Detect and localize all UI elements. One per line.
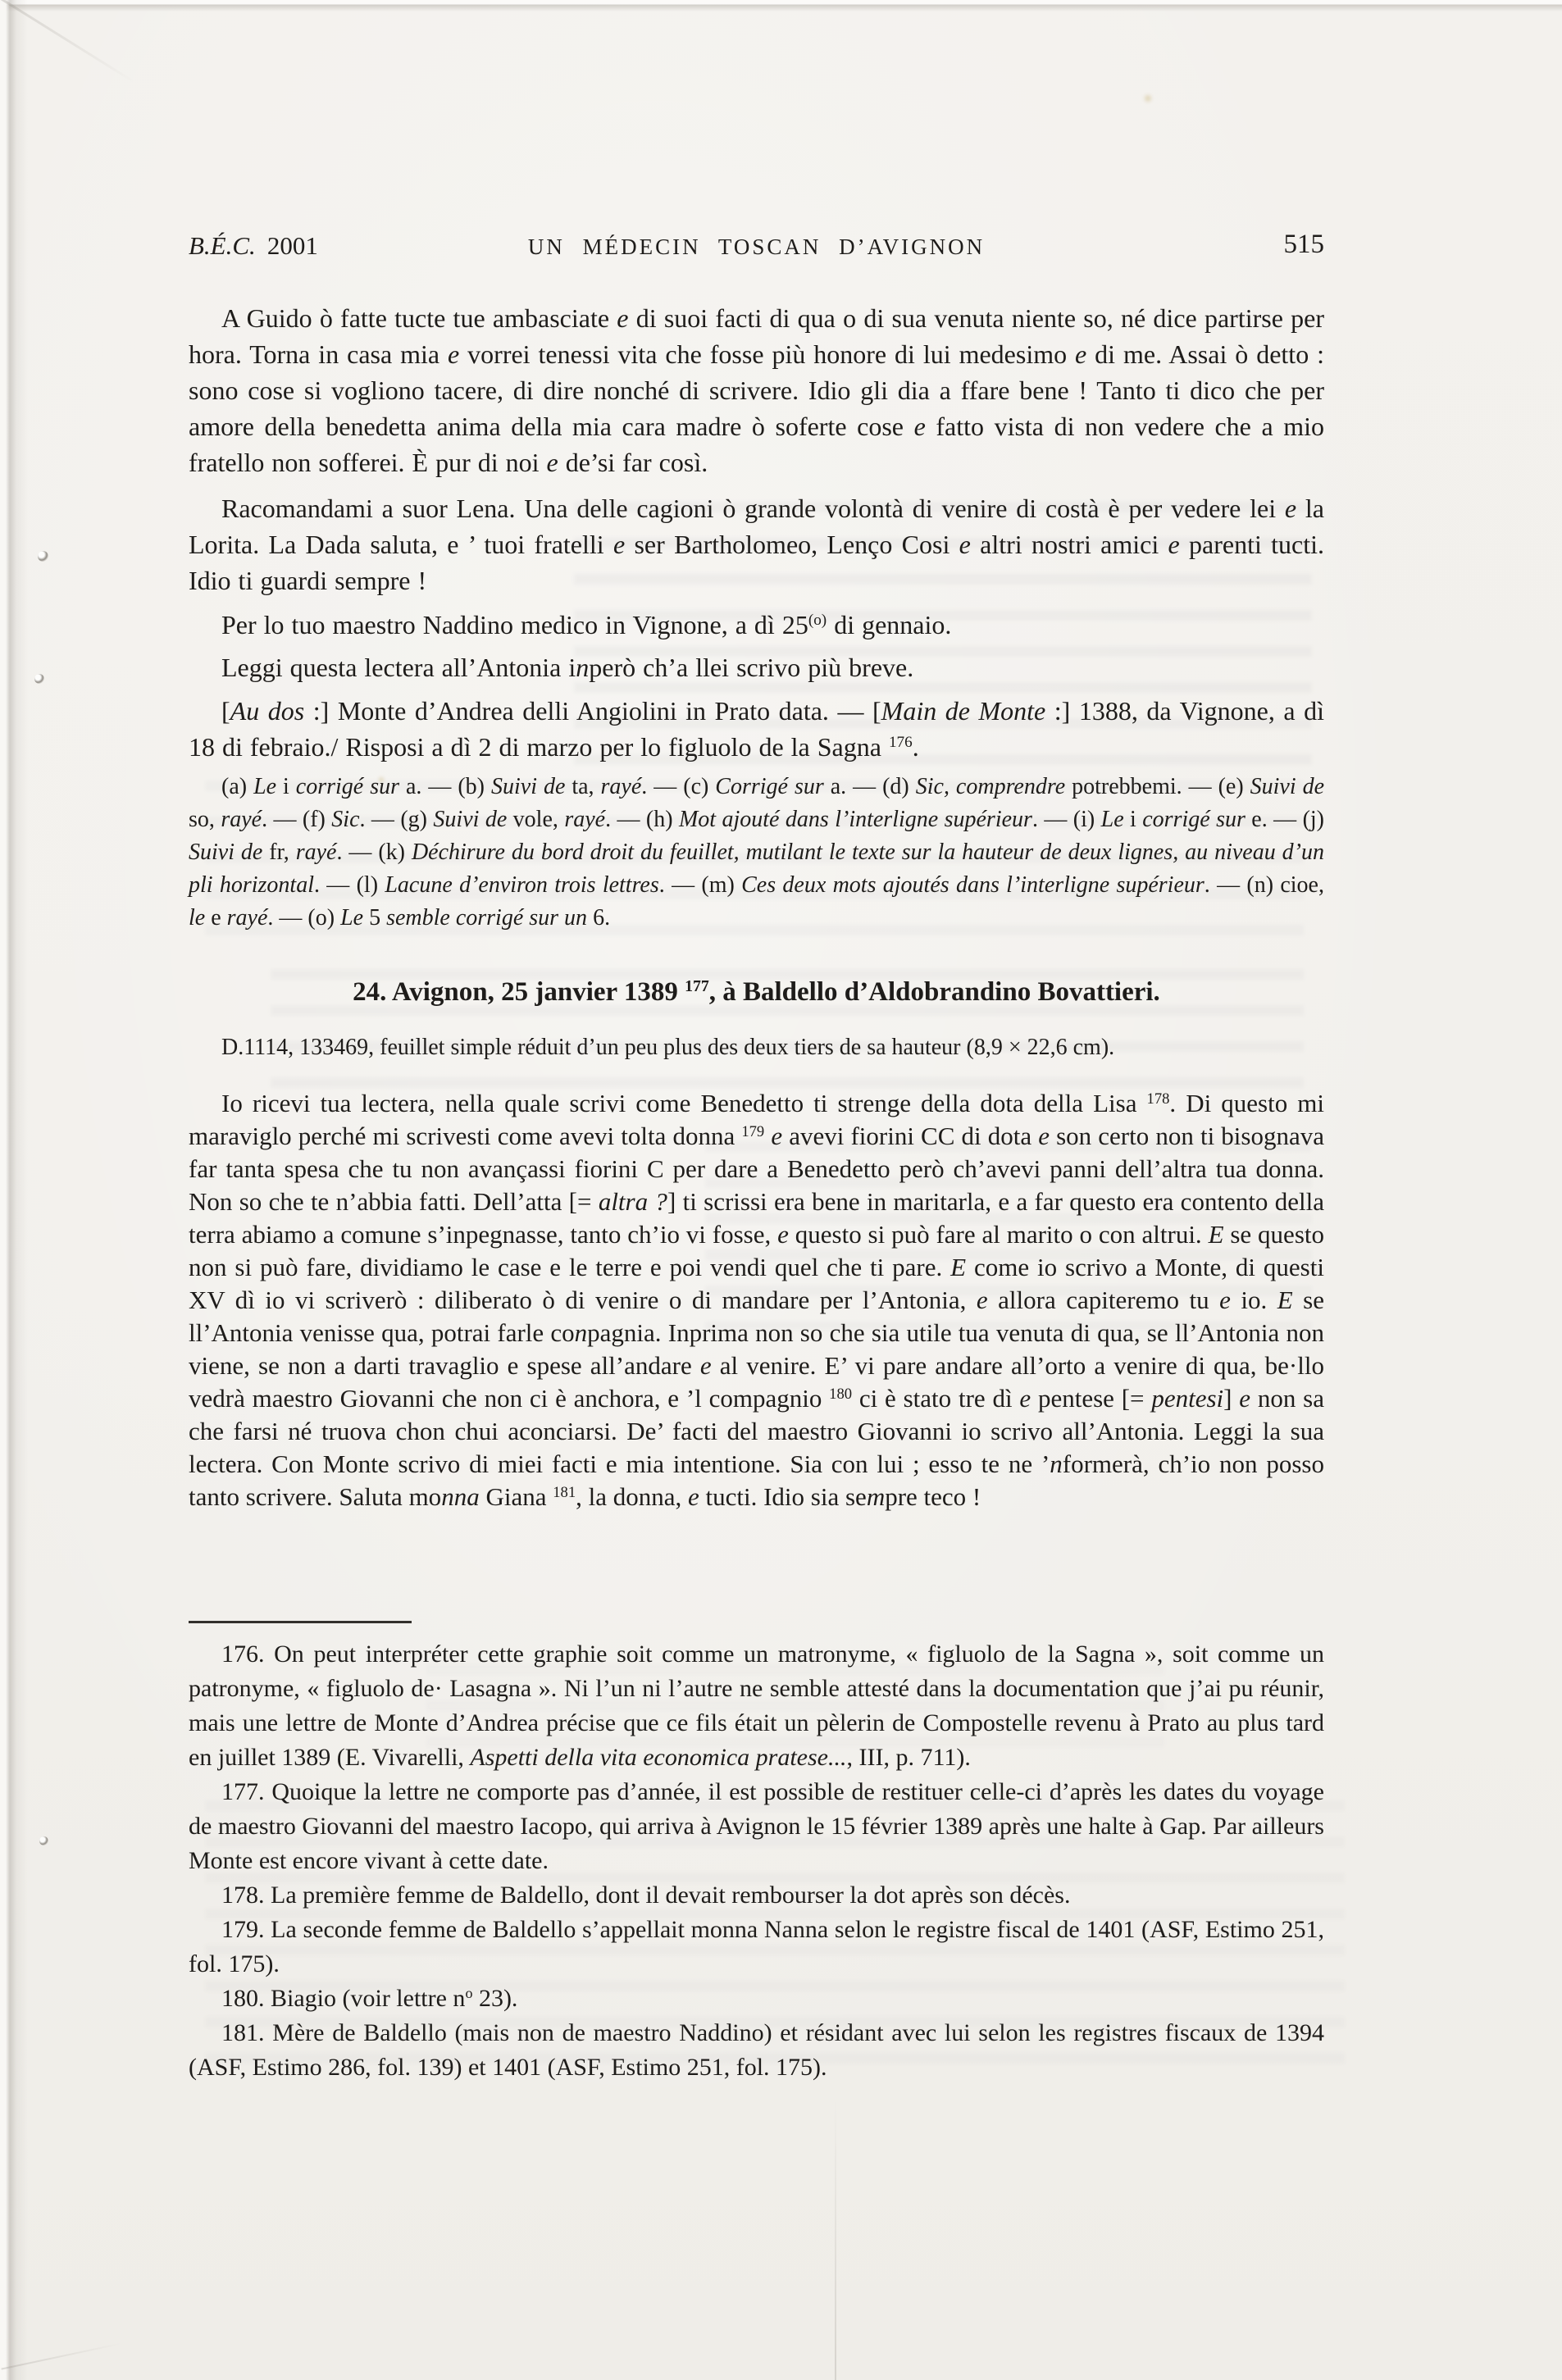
page-number: 515 [1284,230,1325,260]
footnotes-block: 176. On peut interpréter cette graphie s… [189,1637,1324,2085]
scan-top-edge-shadow [0,0,1562,11]
letter-23-postscript: Leggi questa lectera all’Antonia inperò … [189,649,1324,685]
paper-speck [39,1836,48,1845]
scanned-book-page: { "header": { "journal": "B.É.C.", "year… [0,0,1562,2380]
footnote-separator-rule [189,1621,412,1623]
running-head: B.É.C.2001 UN MÉDECIN TOSCAN D’AVIGNON 5… [189,230,1324,266]
scan-left-edge-shadow [0,0,28,2380]
paper-fold-line [835,2099,836,2380]
footnote-180: 180. Biagio (voir lettre no 23). [189,1982,1324,2016]
footnote-177: 177. Quoique la lettre ne comporte pas d… [189,1775,1324,1878]
footnote-179: 179. La seconde femme de Baldello s’appe… [189,1913,1324,1982]
letter-23-paragraph: Racomandami a suor Lena. Una delle cagio… [189,490,1324,598]
letter-23-paragraph: A Guido ò fatte tucte tue ambasciate e d… [189,300,1324,480]
running-head-title: UN MÉDECIN TOSCAN D’AVIGNON [189,234,1324,260]
letter-24-body: Io ricevi tua lectera, nella quale scriv… [189,1087,1324,1513]
paper-speck [34,674,44,684]
footnote-181: 181. Mère de Baldello (mais non de maest… [189,2016,1324,2085]
manuscript-source-note: D.1114, 133469, feuillet simple réduit d… [189,1035,1324,1061]
letter-24-heading: 24. Avignon, 25 janvier 1389 177, à Bald… [189,977,1324,1008]
foxing-spot [1145,95,1151,102]
critical-apparatus: (a) Le i corrigé sur a. — (b) Suivi de t… [189,771,1324,935]
letter-23-dateline: Per lo tuo maestro Naddino medico in Vig… [189,607,1324,643]
footnote-178: 178. La première femme de Baldello, dont… [189,1878,1324,1913]
paper-speck [38,551,48,562]
footnote-176: 176. On peut interpréter cette graphie s… [189,1637,1324,1775]
letter-23-address: [Au dos :] Monte d’Andrea delli Angiolin… [189,693,1324,765]
